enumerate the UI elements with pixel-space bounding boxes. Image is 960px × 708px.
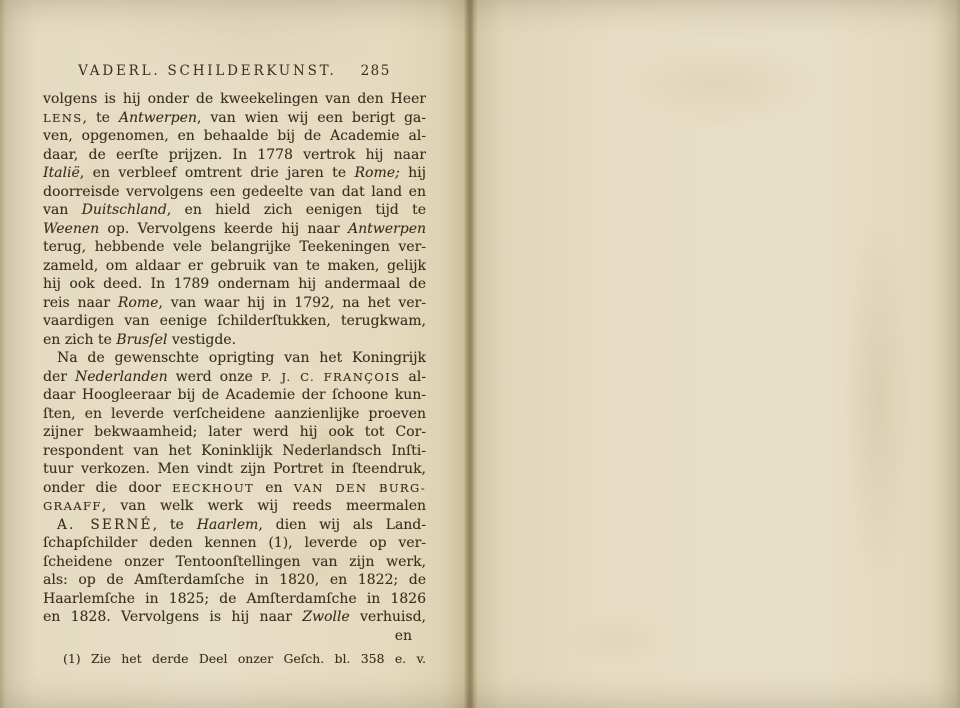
text-line: doorreisde vervolgens een gedeelte van d… [43,183,426,202]
text-line: als: op de Amſterdamſche in 1820, en 182… [43,571,426,590]
text-line: der Nederlanden werd onze P. J. C. FRANÇ… [43,368,426,387]
text-line: Haarlemſche in 1825; de Amſterdamſche in… [43,590,426,609]
body-text-left: volgens is hij onder de kweekelingen van… [43,90,426,627]
text-line: Na de gewenschte oprigting van het Konin… [43,349,426,368]
running-header-left: VADERL. SCHILDERKUNST.285 [43,63,426,79]
text-line: A. SERNÉ, te Haarlem, dien wij als Land- [43,516,426,535]
paper-stain-overlay [470,0,960,708]
right-page: 286GESCHIEDENIS DER en leverde een Gezig… [470,0,960,708]
text-line: volgens is hij onder de kweekelingen van… [43,90,426,109]
text-line: GRAAFF, van welk werk wij reeds meermale… [43,497,426,516]
text-line: Italië, en verbleef omtrent drie jaren t… [43,164,426,183]
catchword-text: en [395,628,412,644]
text-line: en 1828. Vervolgens is hij naar Zwolle v… [43,608,426,627]
page-number-left: 285 [361,63,391,79]
text-line: LENS, te Antwerpen, van wien wij een ber… [43,109,426,128]
text-line: respondent van het Koninklijk Nederlands… [43,442,426,461]
text-column-left: volgens is hij onder de kweekelingen van… [43,90,426,669]
text-line: zijner bekwaamheid; later werd hij ook t… [43,423,426,442]
left-page: VADERL. SCHILDERKUNST.285 volgens is hij… [0,0,470,708]
text-line: daar, de eerſte prijzen. In 1778 vertrok… [43,146,426,165]
text-line: daar Hoogleeraar bij de Academie der ſch… [43,386,426,405]
text-line: reis naar Rome, van waar hij in 1792, na… [43,294,426,313]
book-scan: VADERL. SCHILDERKUNST.285 volgens is hij… [0,0,960,708]
text-line: hij ook deed. In 1789 ondernam hij ander… [43,275,426,294]
text-line: vaardigen van eenige ſchilderſtukken, te… [43,312,426,331]
running-title-left: VADERL. SCHILDERKUNST. [78,63,336,79]
text-line: onder die door EECKHOUT en VAN DEN BURG- [43,479,426,498]
text-line: ſten, en leverde verſcheidene aanzienlij… [43,405,426,424]
text-line: en zich te Brusſel vestigde. [43,331,426,350]
text-line: van Duitschland, en hield zich eenigen t… [43,201,426,220]
catchword-left: en [43,627,426,646]
text-line: ſchapſchilder deden kennen (1), leverde … [43,534,426,553]
text-line: ſcheidene onzer Tentoonſtellingen van zi… [43,553,426,572]
text-line: ven, opgenomen, en behaalde bij de Acade… [43,127,426,146]
text-line: terug, hebbende vele belangrijke Teekeni… [43,238,426,257]
text-line: tuur verkozen. Men vindt zijn Portret in… [43,460,426,479]
text-line: Weenen op. Vervolgens keerde hij naar An… [43,220,426,239]
text-line: (1) Zie het derde Deel onzer Geſch. bl. … [43,649,426,669]
footnotes-left: (1) Zie het derde Deel onzer Geſch. bl. … [43,649,426,669]
gutter-deckle-edge [464,0,478,708]
text-line: zameld, om aldaar er gebruik van te make… [43,257,426,276]
